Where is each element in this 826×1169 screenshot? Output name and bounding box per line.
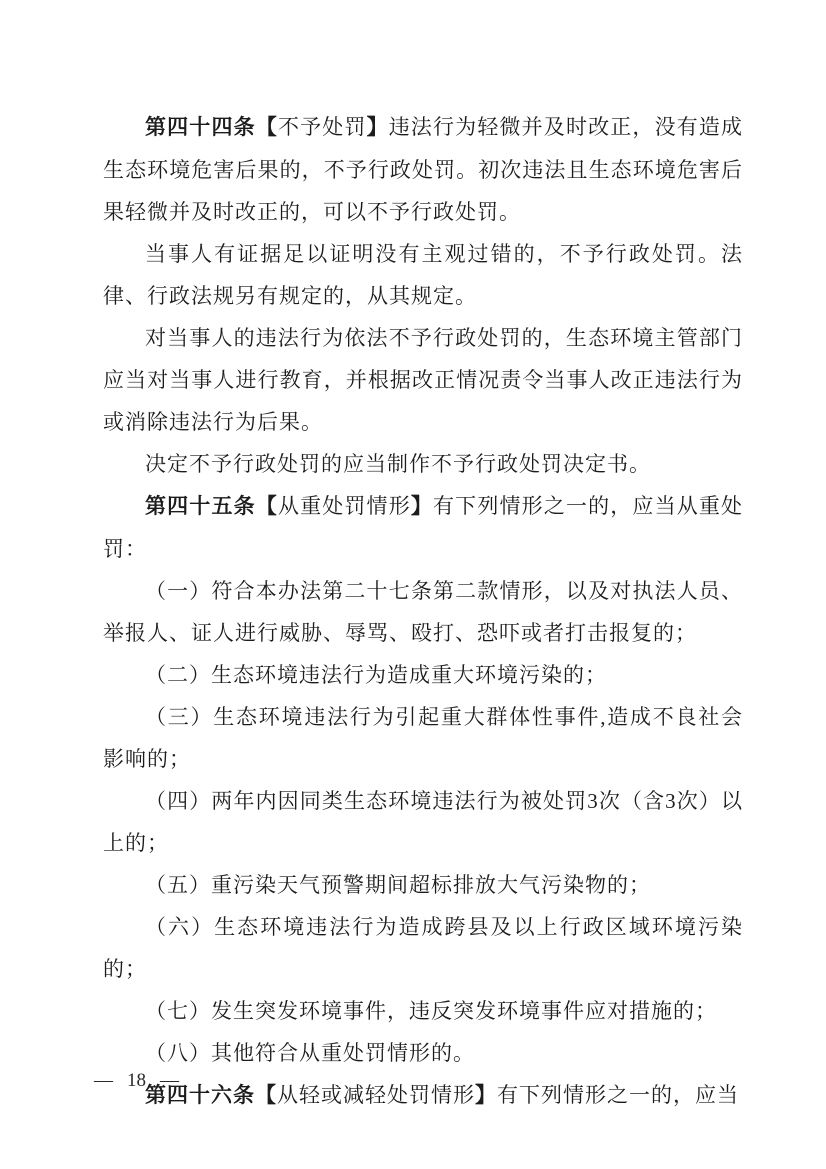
article-title: 不予处罚 [278, 115, 367, 139]
paragraph-item-2: （二）生态环境违法行为造成重大环境污染的； [103, 654, 743, 696]
page-footer: — 18 — [94, 1070, 179, 1092]
article-title: 从重处罚情形 [278, 494, 411, 518]
document-page: 第四十四条【不予处罚】违法行为轻微并及时改正，没有造成生态环境危害后果的，不予行… [0, 0, 826, 1169]
paragraph-item-5: （五）重污染天气预警期间超标排放大气污染物的； [103, 864, 743, 906]
paragraph-text: 对当事人的违法行为依法不予行政处罚的，生态环境主管部门应当对当事人进行教育，并根… [103, 326, 743, 434]
paragraph-article-46: 第四十六条【从轻或减轻处罚情形】有下列情形之一的，应当 [103, 1074, 743, 1117]
article-title: 从轻或减轻处罚情形 [277, 1083, 475, 1107]
paragraph-item-4: （四）两年内因同类生态环境违法行为被处罚3次（含3次）以上的； [103, 780, 743, 864]
paragraph-item-8: （八）其他符合从重处罚情形的。 [103, 1032, 743, 1074]
paragraph-text: 有下列情形之一的，应当 [497, 1083, 739, 1107]
paragraph: 当事人有证据足以证明没有主观过错的，不予行政处罚。法律、行政法规另有规定的，从其… [103, 233, 743, 317]
bracket-open: 【 [256, 116, 278, 139]
paragraph-text: 决定不予行政处罚的应当制作不予行政处罚决定书。 [145, 452, 651, 476]
paragraph-text: （七）发生突发环境事件，违反突发环境事件应对措施的； [145, 999, 717, 1023]
bracket-open: 【 [256, 495, 278, 518]
paragraph-text: （二）生态环境违法行为造成重大环境污染的； [145, 663, 607, 687]
bracket-close: 】 [367, 116, 389, 139]
paragraph-text: （三）生态环境违法行为引起重大群体性事件,造成不良社会影响的； [103, 705, 743, 771]
bracket-open: 【 [255, 1084, 277, 1107]
document-body: 第四十四条【不予处罚】违法行为轻微并及时改正，没有造成生态环境危害后果的，不予行… [103, 106, 743, 1117]
paragraph-article-44: 第四十四条【不予处罚】违法行为轻微并及时改正，没有造成生态环境危害后果的，不予行… [103, 106, 743, 233]
paragraph-text: （一）符合本办法第二十七条第二款情形，以及对执法人员、举报人、证人进行威胁、辱骂… [103, 579, 743, 645]
paragraph-text: （六）生态环境违法行为造成跨县及以上行政区域环境污染的； [103, 915, 743, 981]
paragraph-item-7: （七）发生突发环境事件，违反突发环境事件应对措施的； [103, 990, 743, 1032]
bracket-close: 】 [475, 1084, 497, 1107]
footer-dash-right: — [160, 1070, 179, 1092]
paragraph-article-45: 第四十五条【从重处罚情形】有下列情形之一的，应当从重处罚： [103, 485, 743, 570]
paragraph-text: （五）重污染天气预警期间超标排放大气污染物的； [145, 873, 651, 897]
article-number: 第四十四条 [145, 116, 256, 139]
paragraph-item-1: （一）符合本办法第二十七条第二款情形，以及对执法人员、举报人、证人进行威胁、辱骂… [103, 570, 743, 654]
paragraph-text: 当事人有证据足以证明没有主观过错的，不予行政处罚。法律、行政法规另有规定的，从其… [103, 242, 743, 308]
paragraph: 对当事人的违法行为依法不予行政处罚的，生态环境主管部门应当对当事人进行教育，并根… [103, 317, 743, 443]
bracket-close: 】 [411, 495, 433, 518]
paragraph-item-6: （六）生态环境违法行为造成跨县及以上行政区域环境污染的； [103, 906, 743, 990]
paragraph: 决定不予行政处罚的应当制作不予行政处罚决定书。 [103, 443, 743, 485]
article-number: 第四十五条 [145, 495, 256, 518]
footer-dash-left: — [94, 1070, 113, 1092]
paragraph-text: （八）其他符合从重处罚情形的。 [145, 1041, 475, 1065]
paragraph-item-3: （三）生态环境违法行为引起重大群体性事件,造成不良社会影响的； [103, 696, 743, 780]
page-number: 18 [127, 1070, 146, 1092]
paragraph-text: （四）两年内因同类生态环境违法行为被处罚3次（含3次）以上的； [103, 789, 743, 855]
